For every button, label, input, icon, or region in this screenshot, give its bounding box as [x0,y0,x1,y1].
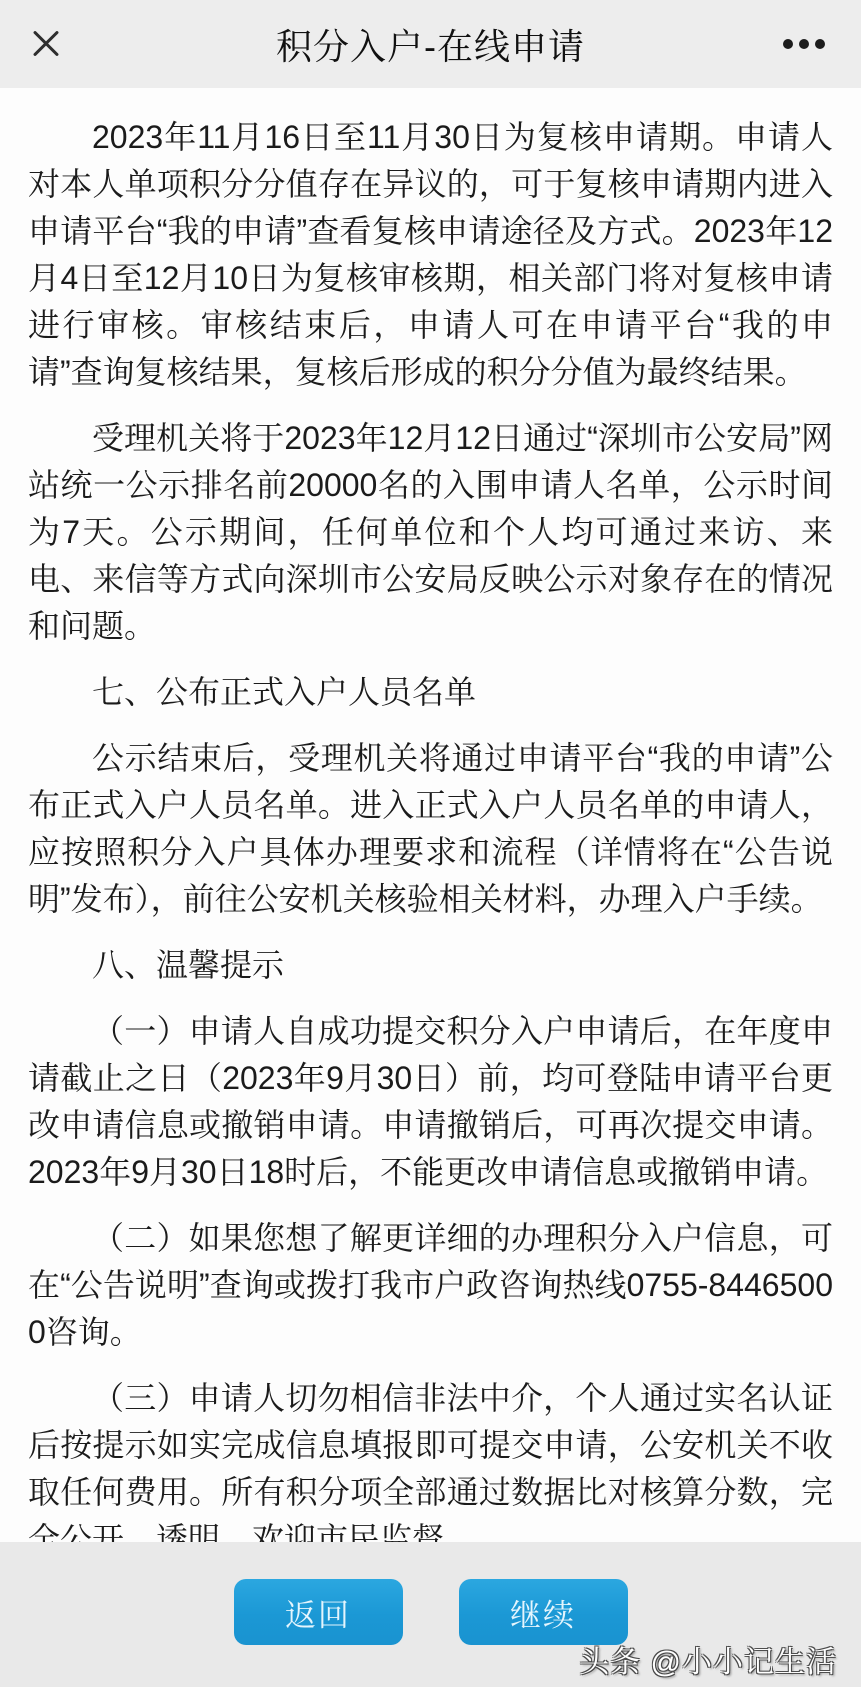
paragraph-tip-one: （一）申请人自成功提交积分入户申请后，在年度申请截止之日（2023年9月30日）… [28,1008,833,1196]
dot [815,39,825,49]
section-heading-eight: 八、温馨提示 [28,942,833,989]
paragraph-tip-two: （二）如果您想了解更详细的办理积分入户信息，可在“公告说明”查询或拨打我市户政咨… [28,1215,833,1356]
dot [799,39,809,49]
close-icon[interactable] [28,26,64,62]
paragraph-review-period: 2023年11月16日至11月30日为复核申请期。申请人对本人单项积分分值存在异… [28,114,833,396]
section-heading-seven: 七、公布正式入户人员名单 [28,669,833,716]
more-menu-icon[interactable] [783,39,825,49]
webview-page: 积分入户-在线申请 2023年11月16日至11月30日为复核申请期。申请人对本… [0,0,861,1687]
action-bar: 返回 继续 头条 @小小记生活 [0,1542,861,1687]
back-button[interactable]: 返回 [234,1579,403,1645]
dot [783,39,793,49]
page-title: 积分入户-在线申请 [0,19,861,70]
continue-button[interactable]: 继续 [459,1579,628,1645]
paragraph-publicity-notice: 受理机关将于2023年12月12日通过“深圳市公安局”网站统一公示排名前2000… [28,415,833,650]
document-body: 2023年11月16日至11月30日为复核申请期。申请人对本人单项积分分值存在异… [0,88,861,1542]
titlebar: 积分入户-在线申请 [0,0,861,88]
paragraph-final-list: 公示结束后，受理机关将通过申请平台“我的申请”公布正式入户人员名单。进入正式入户… [28,735,833,923]
paragraph-tip-three: （三）申请人切勿相信非法中介，个人通过实名认证后按提示如实完成信息填报即可提交申… [28,1375,833,1542]
